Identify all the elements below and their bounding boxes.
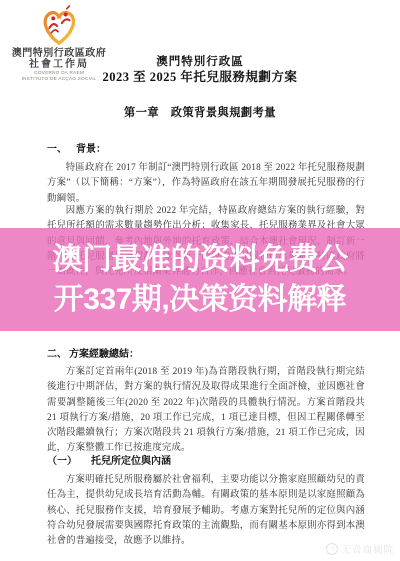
watermark-text: 无音商频院: [341, 542, 394, 556]
chapter-heading: 第一章 政策背景與規劃考量: [0, 104, 400, 120]
heart-logo-icon: [38, 4, 80, 48]
section1-heading: 一、背景：: [47, 140, 367, 155]
document-page: 澳門特別行政區政府 社會工作局 GOVERNO DA RAEM INSTITUT…: [0, 0, 400, 561]
document-title: 澳門特別行政區 2023 至 2025 年托兒服務規劃方案: [0, 55, 400, 86]
promo-overlay-band: 澳门最准的资料免费公 开337期,决策资料解释: [0, 228, 400, 331]
title-plan-line: 2023 至 2025 年托兒服務規劃方案: [0, 69, 400, 86]
subsection1-heading: （一）托兒所定位與內涵: [47, 452, 367, 467]
section2-number: 二、: [47, 349, 67, 360]
dancing-figures: [49, 6, 69, 33]
swirl-circle-icon: ♪: [326, 543, 338, 555]
section2-heading: 二、方案經驗總結：: [47, 345, 367, 360]
paragraph-experience-summary: 方案訂定首兩年(2018 至 2019 年)為首階段執行期，首階段執行期完結後進…: [47, 365, 365, 457]
promo-overlay-text-line1: 澳门最准的资料免费公: [53, 244, 348, 276]
subsection1-title: 托兒所定位與內涵: [91, 456, 171, 467]
section1-title: 背景：: [76, 144, 106, 155]
paragraph-creche-positioning: 方案明確托兒所服務屬於社會福利，主要功能以分擔家庭照顧幼兒的責任為主，提供幼兒成…: [47, 473, 365, 549]
platform-watermark: ♪ 无音商频院: [326, 542, 394, 556]
paragraph-background-1: 特區政府在 2017 年制訂“澳門特別行政區 2018 至 2022 年托兒服務…: [47, 161, 365, 207]
subsection1-number: （一）: [47, 456, 77, 467]
section2-title: 方案經驗總結：: [69, 349, 139, 360]
title-region-line: 澳門特別行政區: [0, 55, 400, 69]
section1-number: 一、: [47, 144, 67, 155]
promo-overlay-text-line2: 开337期,决策资料解释: [54, 284, 346, 316]
